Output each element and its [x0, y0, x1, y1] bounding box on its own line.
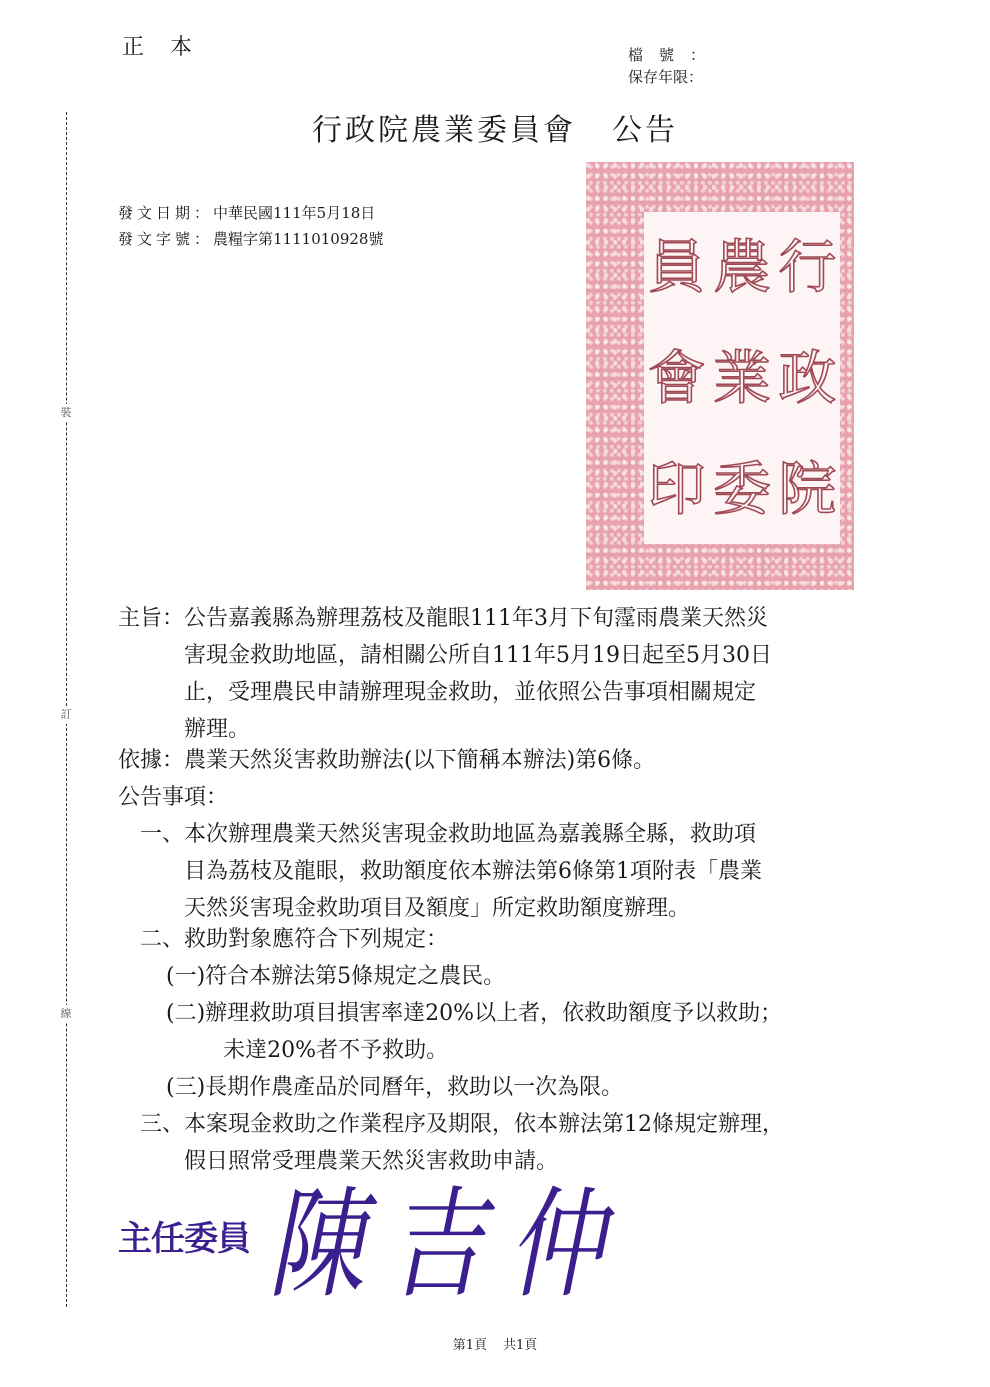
sub-item-line: 未達20%者不予救助。 — [205, 1032, 910, 1069]
seal-char: 農 — [713, 238, 771, 296]
basis-text: 農業天然災害救助辦法(以下簡稱本辦法)第6條。 — [184, 742, 908, 779]
seal-column: 行 政 院 — [778, 212, 836, 544]
issue-number-label: 發文字號： — [118, 230, 213, 248]
item-line: 本次辦理農業天然災害現金救助地區為嘉義縣全縣，救助項 — [184, 816, 910, 853]
sub-item-line: 符合本辦法第5條規定之農民。 — [205, 958, 910, 995]
signature-block: 主任委員 陳吉仲 — [118, 1170, 628, 1300]
page-total: 共1頁 — [503, 1338, 537, 1353]
seal-column: 農 業 委 — [713, 212, 771, 544]
document-type: 公告 — [612, 113, 678, 148]
subject-line: 公告嘉義縣為辦理荔枝及龍眼111年3月下旬霪雨農業天然災 — [184, 600, 908, 637]
sub-item-3: (三) 長期作農產品於同曆年，救助以一次為限。 — [166, 1069, 910, 1106]
issue-date-label: 發文日期： — [118, 204, 213, 222]
page-number: 第1頁 — [453, 1338, 487, 1353]
subject-section: 主旨： 公告嘉義縣為辦理荔枝及龍眼111年3月下旬霪雨農業天然災 害現金救助地區… — [118, 600, 908, 748]
seal-char: 員 — [648, 238, 706, 296]
file-meta: 檔號： 保存年限： — [628, 44, 721, 88]
basis-section: 依據： 農業天然災害救助辦法(以下簡稱本辦法)第6條。 — [118, 742, 908, 779]
issue-date-value: 中華民國111年5月18日 — [213, 204, 375, 222]
basis-label: 依據： — [118, 742, 184, 779]
announcement-item-1: 一、 本次辦理農業天然災害現金救助地區為嘉義縣全縣，救助項 目為荔枝及龍眼，救助… — [140, 816, 910, 927]
subject-label: 主旨： — [118, 600, 184, 748]
seal-char: 委 — [713, 460, 771, 518]
item-marker: 二、 — [140, 921, 184, 958]
subject-line: 害現金救助地區，請相關公所自111年5月19日起至5月30日 — [184, 637, 908, 674]
binding-char-xian: 線 — [58, 1005, 74, 1023]
sub-item-1: (一) 符合本辦法第5條規定之農民。 — [166, 958, 910, 995]
binding-char-ding: 訂 — [58, 706, 74, 724]
sub-item-marker: (二) — [166, 995, 205, 1069]
seal-char: 會 — [648, 349, 706, 407]
item-line: 本案現金救助之作業程序及期限，依本辦法第12條規定辦理， — [184, 1106, 910, 1143]
copy-type-label: 正本 — [122, 30, 218, 61]
issuing-organization: 行政院農業委員會 — [312, 113, 576, 148]
issue-info: 發文日期：中華民國111年5月18日 發文字號：農糧字第1111010928號 — [118, 200, 383, 252]
subject-line: 止，受理農民申請辦理現金救助，並依照公告事項相關規定 — [184, 674, 908, 711]
seal-column: 員 會 印 — [648, 212, 706, 544]
seal-char: 印 — [648, 460, 706, 518]
announcement-items-heading: 公告事項： — [118, 779, 908, 816]
seal-char: 院 — [778, 460, 836, 518]
issue-number-value: 農糧字第1111010928號 — [213, 230, 383, 248]
document-title: 行政院農業委員會公告 — [0, 105, 990, 149]
file-number-label: 檔號： — [628, 44, 721, 66]
sub-item-2: (二) 辦理救助項目損害率達20%以上者，依救助額度予以救助； 未達20%者不予… — [166, 995, 910, 1069]
item-marker: 三、 — [140, 1106, 184, 1180]
signatory-title: 主任委員 — [118, 1211, 250, 1260]
sub-item-line: 長期作農產品於同曆年，救助以一次為限。 — [205, 1069, 910, 1106]
binding-char-zhuang: 裝 — [58, 404, 74, 422]
seal-char: 行 — [778, 238, 836, 296]
signatory-name: 陳吉仲 — [268, 1149, 628, 1320]
seal-char: 業 — [713, 349, 771, 407]
seal-char: 政 — [778, 349, 836, 407]
item-line: 救助對象應符合下列規定： — [184, 921, 910, 958]
sub-item-marker: (三) — [166, 1069, 205, 1106]
item-marker: 一、 — [140, 816, 184, 927]
seal-inscription: 行 政 院 農 業 委 員 會 印 — [644, 212, 840, 544]
sub-item-marker: (一) — [166, 958, 205, 995]
item-line: 目為荔枝及龍眼，救助額度依本辦法第6條第1項附表「農業 — [184, 853, 910, 890]
announcement-item-2: 二、 救助對象應符合下列規定： — [140, 921, 910, 958]
sub-item-line: 辦理救助項目損害率達20%以上者，依救助額度予以救助； — [205, 995, 910, 1032]
retention-period-label: 保存年限： — [628, 66, 721, 88]
official-seal: 行 政 院 農 業 委 員 會 印 — [586, 162, 854, 590]
page-footer: 第1頁共1頁 — [0, 1334, 990, 1353]
